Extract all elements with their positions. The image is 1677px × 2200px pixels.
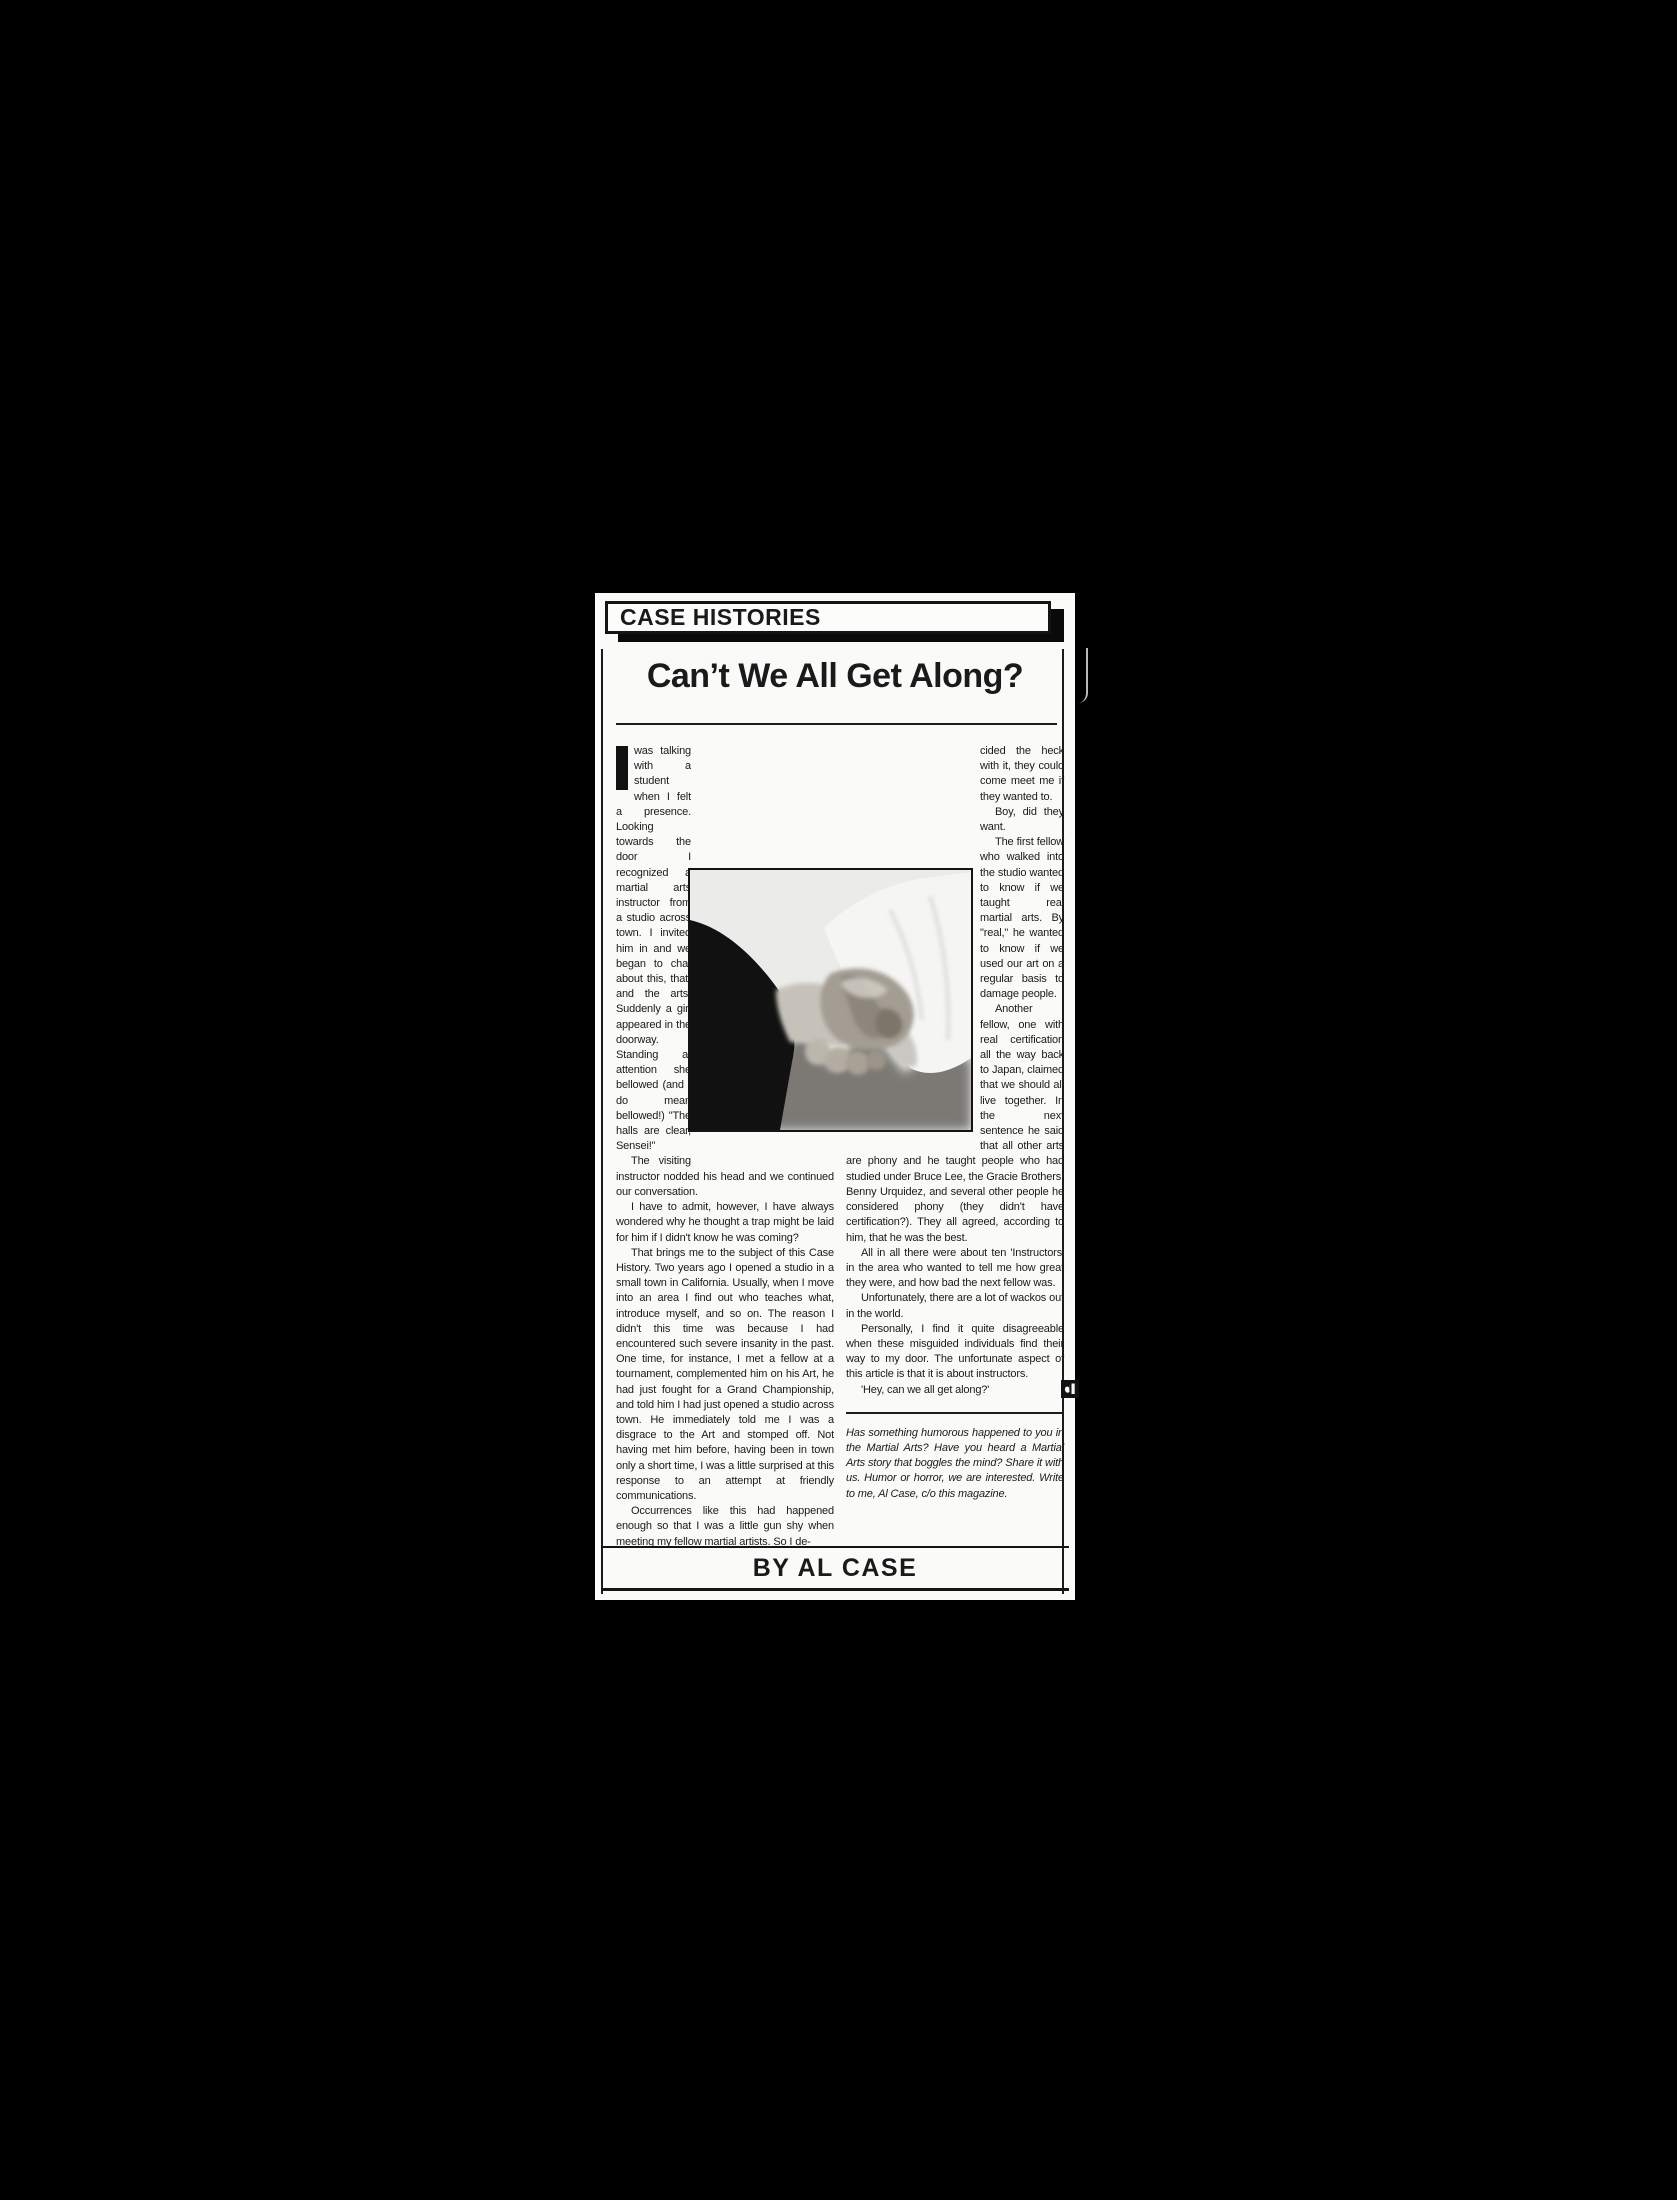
paragraph: That brings me to the subject of this Ca… — [616, 1246, 834, 1504]
end-of-article-icon — [1046, 1380, 1064, 1398]
magazine-page: CASE HISTORIES Can’t We All Get Along? I… — [595, 593, 1075, 1600]
paragraph: All in all there were about ten 'Instruc… — [846, 1246, 1064, 1292]
endnote-divider — [846, 1412, 1064, 1414]
paragraph: Occurrences like this had happened enoug… — [616, 1504, 834, 1550]
handshake-photo-art — [690, 870, 971, 1130]
paragraph: cided the heck with it, they could come … — [846, 744, 1064, 805]
page-curl-artifact — [1076, 648, 1088, 703]
title-divider — [616, 723, 1057, 725]
finger-knuckle — [866, 1050, 886, 1070]
column-left: Iwas talking with a student when I felt … — [616, 744, 834, 1550]
byline-footer: BY AL CASE — [601, 1546, 1069, 1591]
handshake-photo — [688, 868, 973, 1132]
byline-label: BY AL CASE — [753, 1554, 918, 1582]
paragraph: Personally, I find it quite disagreeable… — [846, 1322, 1064, 1383]
endnote: Has something humorous happened to you i… — [846, 1426, 1064, 1502]
paragraph: I have to admit, however, I have always … — [616, 1200, 834, 1246]
paragraph-text: 'Hey, can we all get along?' — [861, 1384, 989, 1396]
article-title: Can’t We All Get Along? — [595, 657, 1075, 696]
drop-cap: I — [616, 746, 628, 790]
section-header-label: CASE HISTORIES — [608, 604, 1048, 631]
paragraph: 'Hey, can we all get along?' — [846, 1383, 1064, 1398]
page-background: CASE HISTORIES Can’t We All Get Along? I… — [0, 0, 1677, 2200]
paragraph: The visiting instructor nodded his head … — [616, 1154, 834, 1200]
paragraph: Unfortunately, there are a lot of wackos… — [846, 1291, 1064, 1321]
paragraph: Boy, did they want. — [846, 805, 1064, 835]
section-header: CASE HISTORIES — [605, 601, 1051, 634]
paragraph-text: was talking with a student when I felt a… — [616, 745, 691, 1152]
finger-knuckle — [846, 1051, 870, 1075]
